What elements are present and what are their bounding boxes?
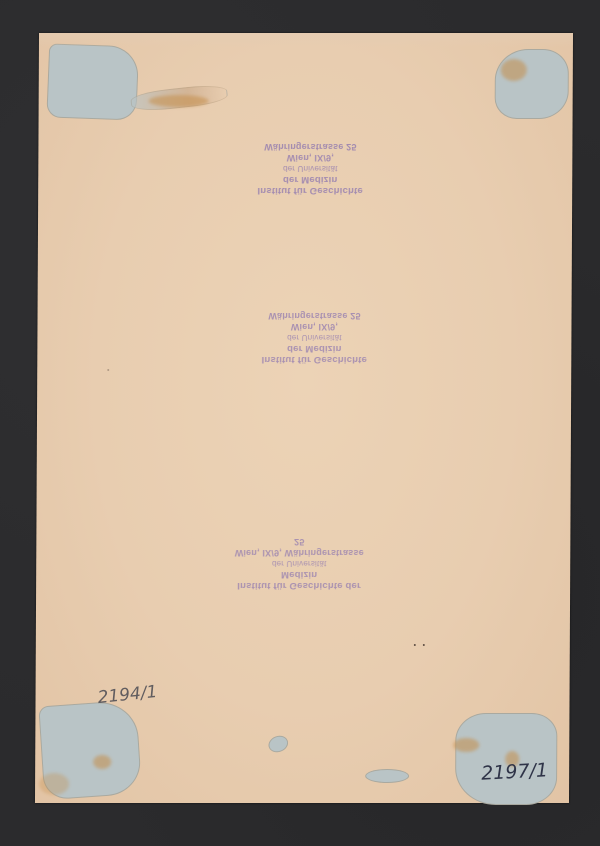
ink-inventory-number: 2197/1	[481, 759, 549, 784]
tape-remnant-top-right	[495, 49, 569, 119]
institute-stamp-bottom: Institut für Geschichte der Medizin der …	[234, 536, 364, 591]
tape-stain-bottom-left-2	[39, 773, 69, 795]
speck	[414, 644, 416, 646]
paper-sheet: Institut für Geschichte der Medizin der …	[35, 33, 573, 803]
tape-fleck-bottom-center-right	[365, 769, 409, 783]
pencil-inventory-number: 2194/1	[97, 682, 159, 708]
tape-stain-bottom-left	[93, 755, 111, 769]
tape-stain-bottom-right	[453, 738, 479, 752]
institute-stamp-top: Institut für Geschichte der Medizin der …	[250, 141, 370, 196]
tape-remnant-top-left	[46, 43, 139, 120]
speck	[423, 644, 425, 646]
tape-stain-top-left	[149, 95, 209, 107]
tape-stain-top-right	[501, 59, 527, 81]
tape-fleck-bottom-center	[266, 733, 290, 755]
institute-stamp-middle: Institut für Geschichte der Medizin der …	[259, 310, 369, 365]
speck	[107, 369, 109, 371]
